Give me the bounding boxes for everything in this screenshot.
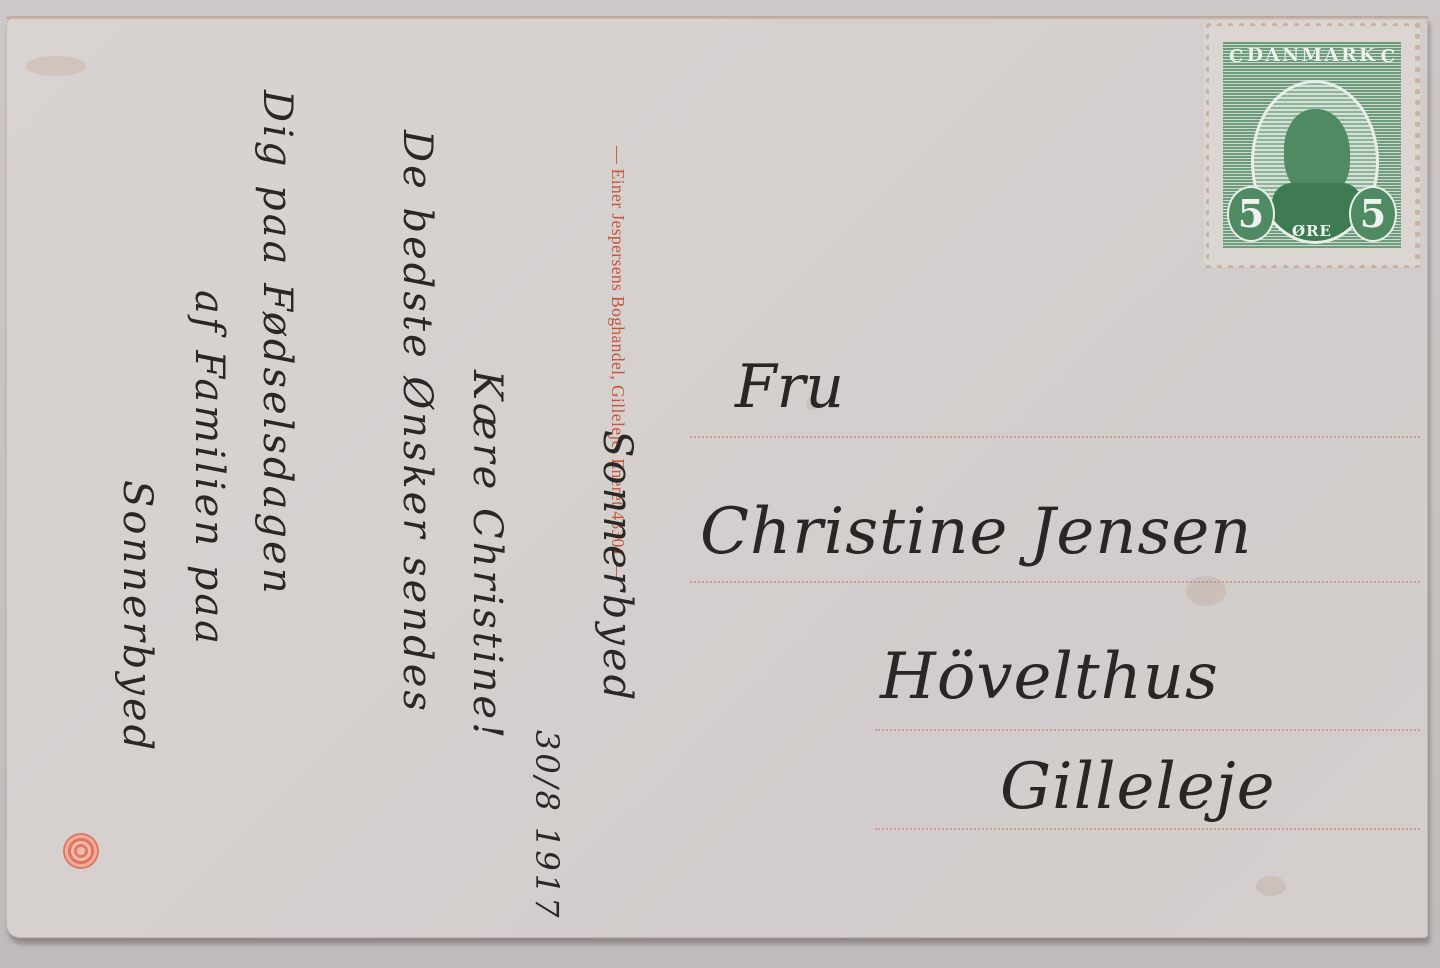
address-line	[875, 828, 1420, 830]
message-greeting: Kære Christine!	[464, 370, 510, 741]
message-date: 30/8 1917	[528, 730, 566, 920]
message-line: De bedste Ønsker sendes	[394, 130, 440, 714]
stamp-denomination: ØRE	[1273, 222, 1351, 240]
message-place: Sonnerbyed	[594, 430, 640, 703]
postage-stamp: C C DANMARK 5 5 ØRE	[1207, 24, 1417, 264]
message-line: af Familien paa	[186, 290, 232, 647]
address-salutation: Fru	[735, 352, 844, 422]
address-line	[690, 581, 1420, 583]
stamp-value-right: 5	[1349, 186, 1397, 242]
address-line	[875, 729, 1420, 731]
message-line: Dig paa Fødselsdagen	[254, 90, 300, 596]
message-signature: Sonnerbyed	[114, 480, 160, 753]
stamp-design: C C DANMARK 5 5 ØRE	[1223, 42, 1401, 248]
age-stain	[1256, 876, 1286, 896]
stamp-country: DANMARK	[1223, 44, 1401, 66]
age-stain	[26, 56, 86, 76]
address-name: Christine Jensen	[700, 495, 1252, 569]
publisher-seal-icon	[63, 833, 99, 869]
address-street: Hövelthus	[880, 640, 1219, 714]
address-line	[690, 436, 1420, 438]
address-town: Gilleleje	[1000, 750, 1275, 824]
stamp-value-left: 5	[1227, 186, 1275, 242]
